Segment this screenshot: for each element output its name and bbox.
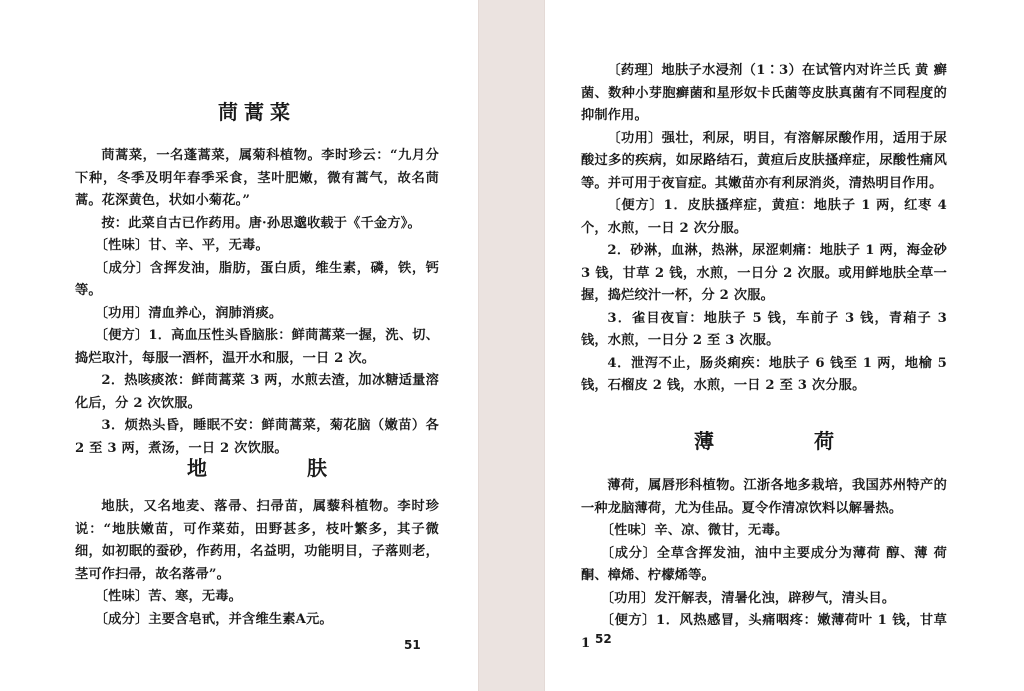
- paragraph-prescription: 2．砂淋，血淋，热淋，尿涩刺痛：地肤子 1 两，海金砂 3 钱，甘草 2 钱，水…: [581, 240, 947, 308]
- page-gutter: [478, 0, 545, 691]
- paragraph-property: 〔性味〕苦、寒，无毒。: [75, 586, 439, 609]
- book-spread: 茼蒿菜 茼蒿菜，一名蓬蒿菜，属菊科植物。李时珍云：“九月分下种，冬季及明年春季采…: [0, 0, 1024, 691]
- paragraph-prescription: 4．泄泻不止，肠炎痢疾：地肤子 6 钱至 1 两，地榆 5 钱，石榴皮 2 钱，…: [581, 353, 947, 398]
- section-title-difu: 地 肤: [75, 452, 439, 481]
- right-page: 〔药理〕地肤子水浸剂（1∶3）在试管内对许兰氏 黄 癣菌、数种小芽胞癣菌和星形奴…: [545, 0, 1024, 691]
- page-number: 52: [595, 632, 612, 646]
- paragraph-composition: 〔成分〕含挥发油，脂肪，蛋白质，维生素，磷，铁，钙等。: [75, 258, 439, 303]
- section-title-tonghao: 茼蒿菜: [75, 96, 439, 125]
- paragraph-prescription: 〔便方〕1．皮肤搔痒症，黄疸：地肤子 1 两，红枣 4 个，水煎，一日 2 次分…: [581, 195, 947, 240]
- paragraph: 地肤，又名地麦、落帚、扫帚苗，属藜科植物。李时珍说：“地肤嫩苗，可作菜茹，田野甚…: [75, 496, 439, 586]
- section-body-difu: 地肤，又名地麦、落帚、扫帚苗，属藜科植物。李时珍说：“地肤嫩苗，可作菜茹，田野甚…: [75, 496, 439, 631]
- paragraph-function: 〔功用〕强壮，利尿，明目，有溶解尿酸作用，适用于尿酸过多的疾病，如尿路结石，黄疸…: [581, 128, 947, 196]
- paragraph-function: 〔功用〕发汗解表，清暑化浊，辟秽气，清头目。: [581, 588, 947, 611]
- page-number: 51: [404, 638, 421, 652]
- paragraph: 薄荷，属唇形科植物。江浙各地多栽培，我国苏州特产的一种龙脑薄荷，尤为佳品。夏令作…: [581, 475, 947, 520]
- paragraph-prescription: 3．雀目夜盲：地肤子 5 钱，车前子 3 钱，青葙子 3 钱，水煎，一日分 2 …: [581, 308, 947, 353]
- paragraph: 茼蒿菜，一名蓬蒿菜，属菊科植物。李时珍云：“九月分下种，冬季及明年春季采食，茎叶…: [75, 145, 439, 213]
- paragraph: 按：此菜自古已作药用。唐·孙思邈收载于《千金方》。: [75, 213, 439, 236]
- paragraph-property: 〔性味〕甘、辛、平，无毒。: [75, 235, 439, 258]
- paragraph-property: 〔性味〕辛、凉、微甘，无毒。: [581, 520, 947, 543]
- paragraph-prescription: 2．热咳痰浓：鲜茼蒿菜 3 两，水煎去渣，加冰糖适量溶化后，分 2 次饮服。: [75, 370, 439, 415]
- section-title-bohe: 薄 荷: [581, 425, 947, 454]
- paragraph-prescription: 〔便方〕1．风热感冒，头痛咽疼：嫩薄荷叶 1 钱，甘草 1: [581, 610, 947, 655]
- section-body-bohe: 薄荷，属唇形科植物。江浙各地多栽培，我国苏州特产的一种龙脑薄荷，尤为佳品。夏令作…: [581, 475, 947, 655]
- paragraph-pharmacology: 〔药理〕地肤子水浸剂（1∶3）在试管内对许兰氏 黄 癣菌、数种小芽胞癣菌和星形奴…: [581, 60, 947, 128]
- paragraph-composition: 〔成分〕全草含挥发油，油中主要成分为薄荷 醇、薄 荷酮、樟烯、柠檬烯等。: [581, 543, 947, 588]
- section-body-tonghao: 茼蒿菜，一名蓬蒿菜，属菊科植物。李时珍云：“九月分下种，冬季及明年春季采食，茎叶…: [75, 145, 439, 460]
- paragraph-function: 〔功用〕清血养心，润肺消痰。: [75, 303, 439, 326]
- section-body-difu-continued: 〔药理〕地肤子水浸剂（1∶3）在试管内对许兰氏 黄 癣菌、数种小芽胞癣菌和星形奴…: [581, 60, 947, 398]
- paragraph-prescription: 〔便方〕1．高血压性头昏脑胀：鲜茼蒿菜一握，洗、切、捣烂取汁，每服一酒杯，温开水…: [75, 325, 439, 370]
- paragraph-composition: 〔成分〕主要含皂甙，并含维生素A元。: [75, 609, 439, 632]
- left-page: 茼蒿菜 茼蒿菜，一名蓬蒿菜，属菊科植物。李时珍云：“九月分下种，冬季及明年春季采…: [0, 0, 478, 691]
